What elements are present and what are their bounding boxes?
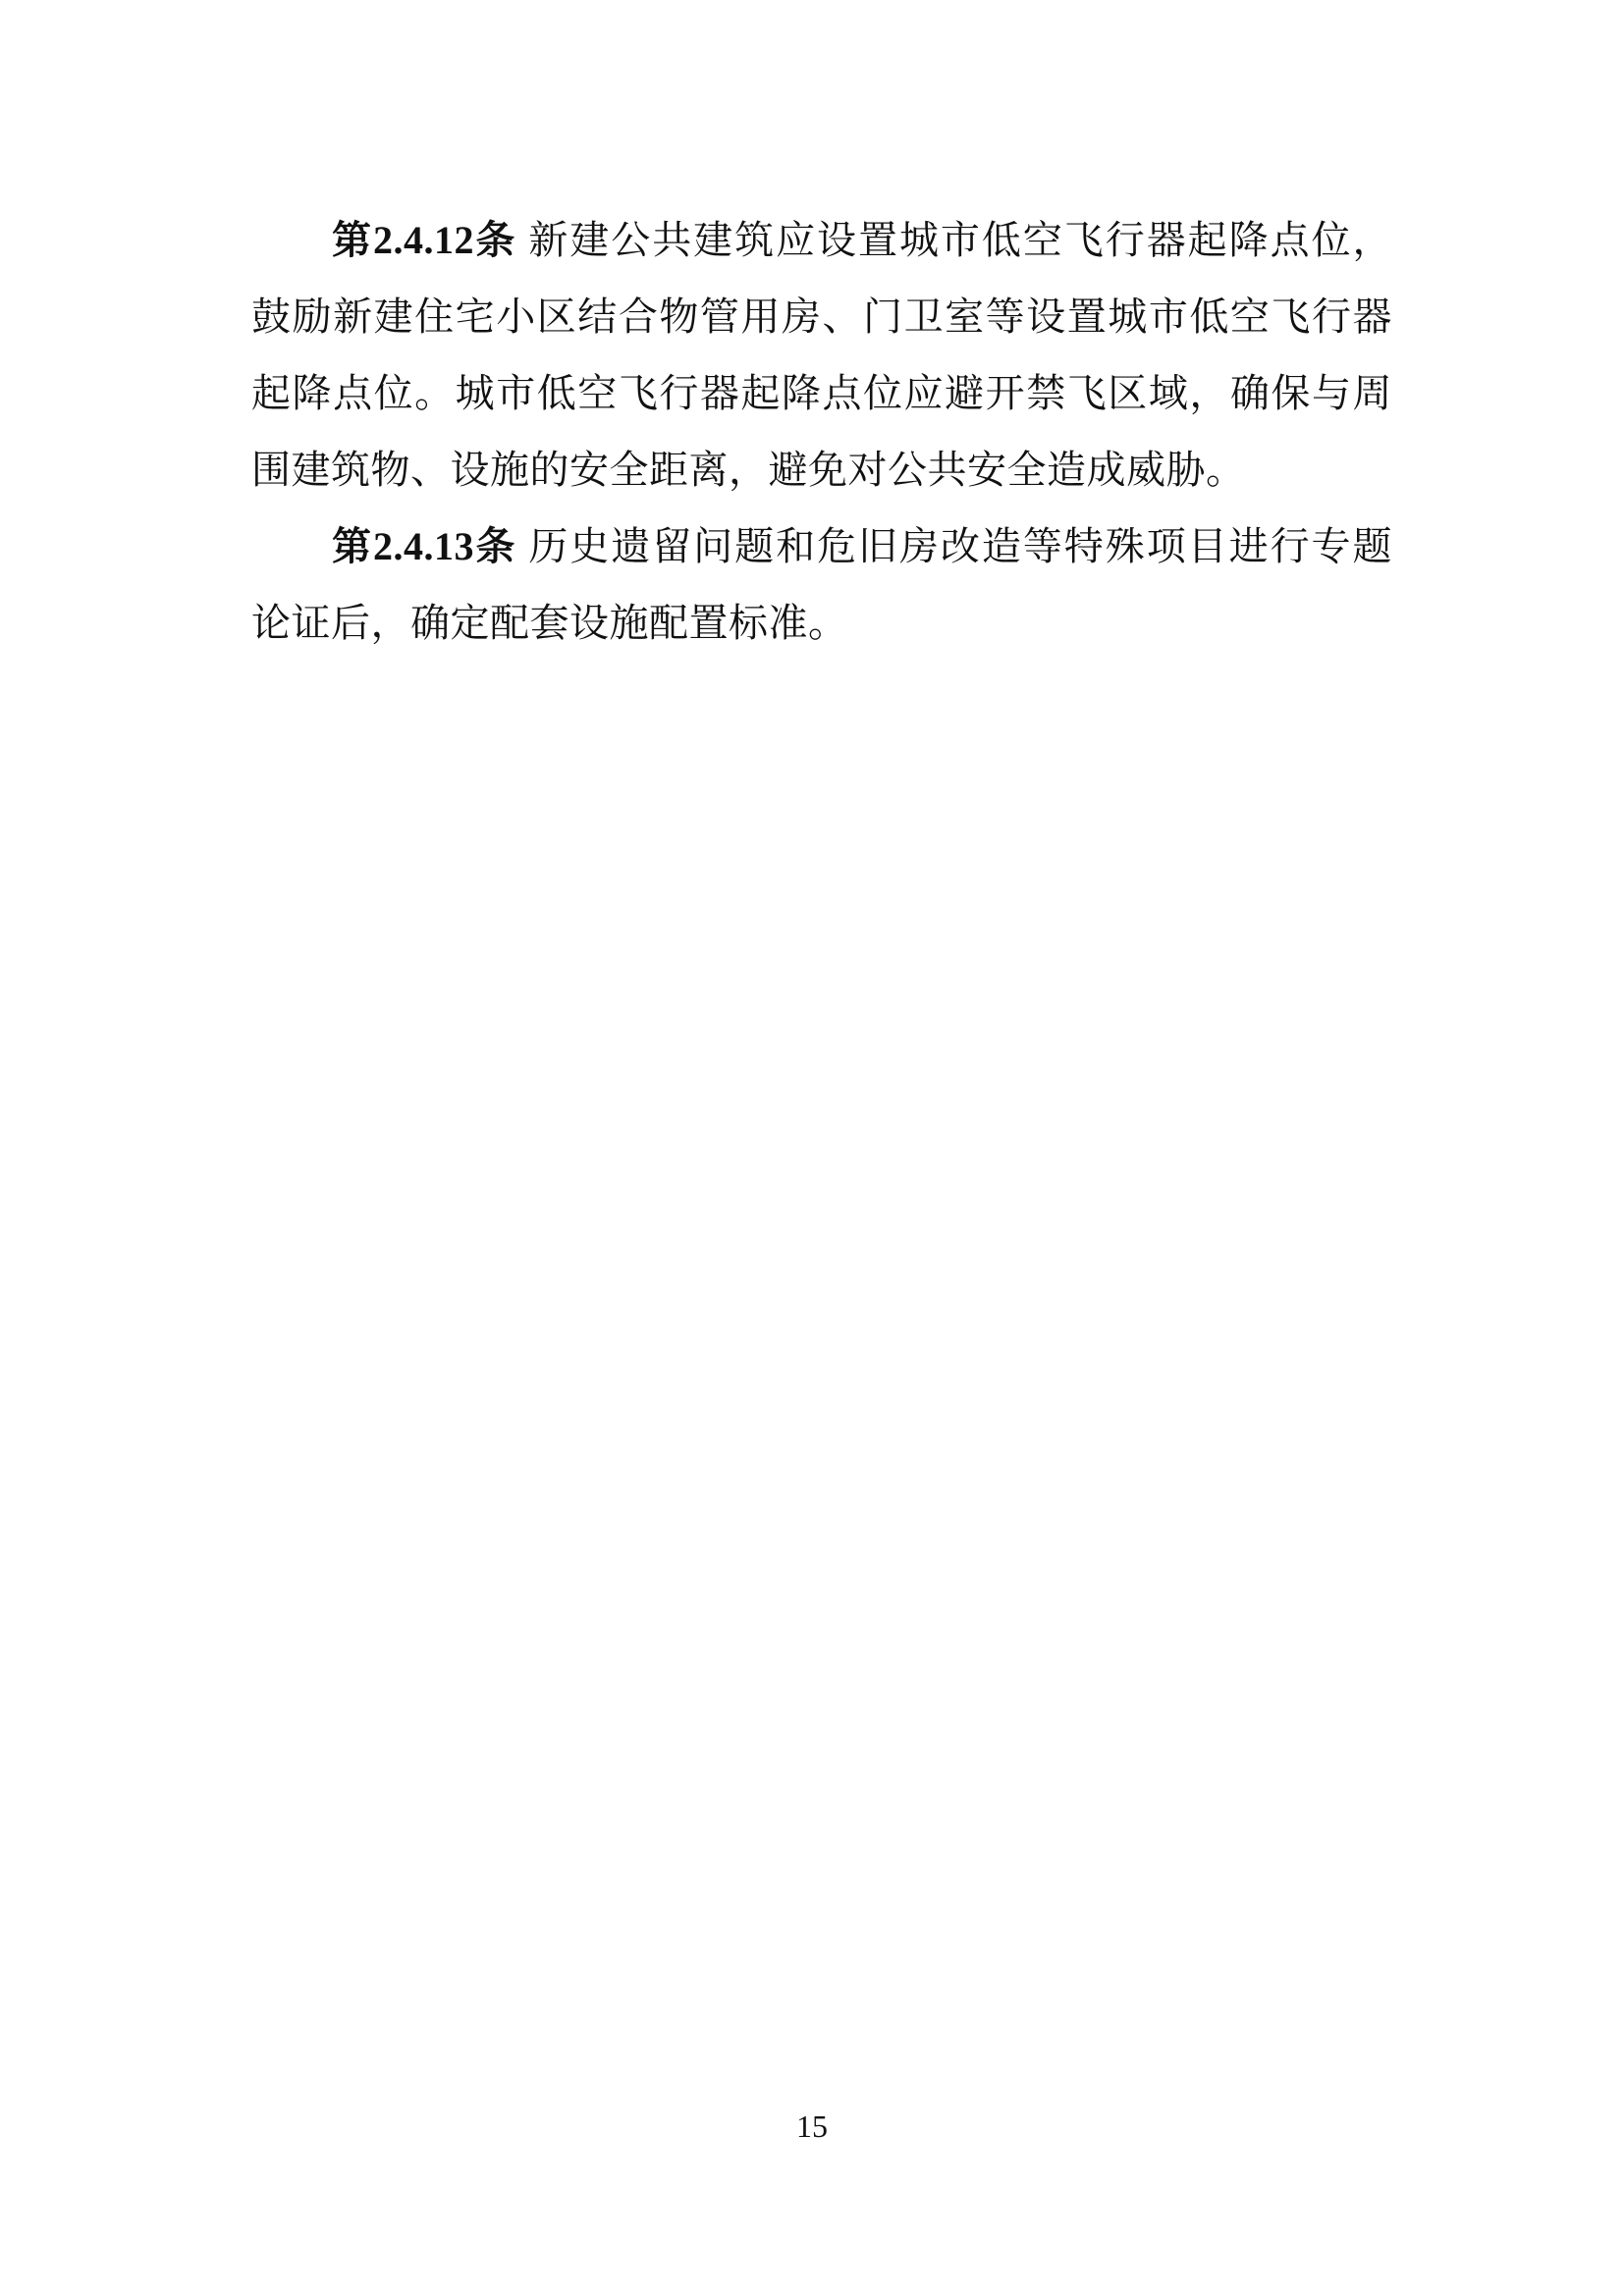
- clause-paragraph: 第2.4.12条 新建公共建筑应设置城市低空飞行器起降点位，鼓励新建住宅小区结合…: [251, 202, 1392, 508]
- document-page: 第2.4.12条 新建公共建筑应设置城市低空飞行器起降点位，鼓励新建住宅小区结合…: [0, 0, 1624, 2296]
- clause-paragraph: 第2.4.13条 历史遗留问题和危旧房改造等特殊项目进行专题论证后，确定配套设施…: [251, 508, 1392, 662]
- clause-number: 第2.4.13条: [332, 524, 516, 568]
- clause-number: 第2.4.12条: [332, 218, 516, 262]
- page-number: 15: [0, 2109, 1624, 2144]
- document-body: 第2.4.12条 新建公共建筑应设置城市低空飞行器起降点位，鼓励新建住宅小区结合…: [251, 202, 1392, 662]
